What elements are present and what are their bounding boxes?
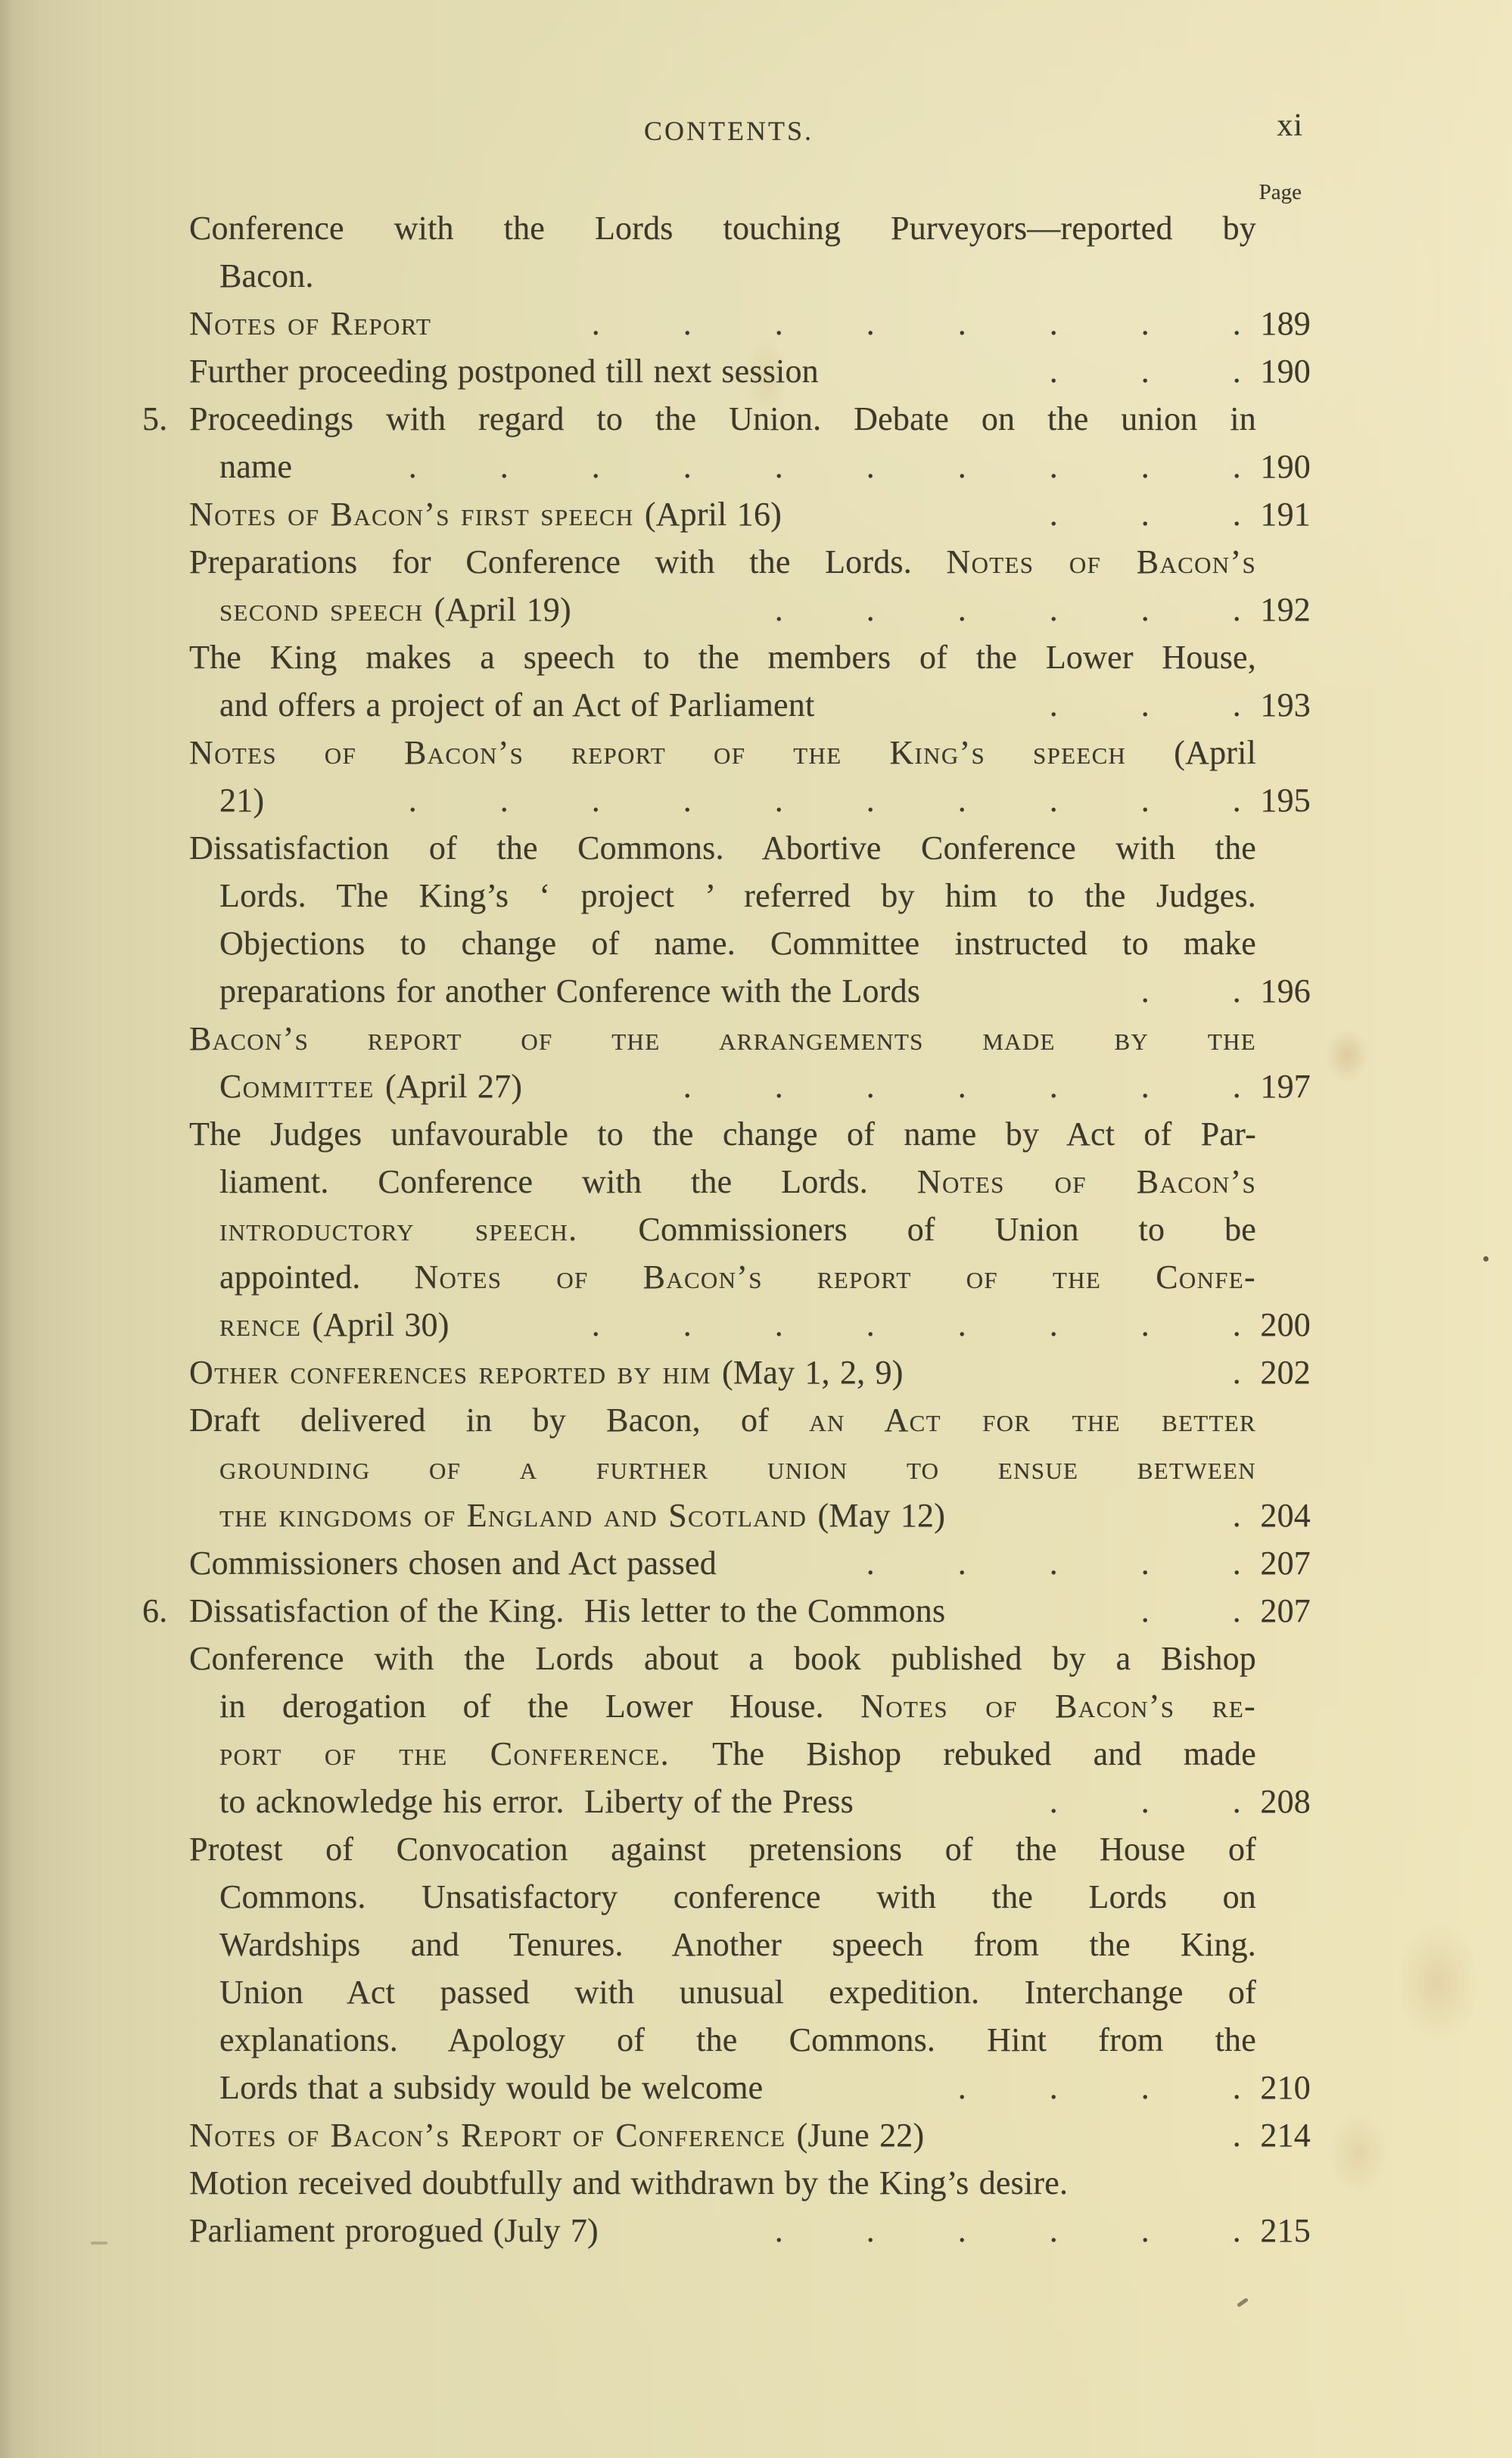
leader-dot: . [783, 1063, 875, 1110]
leader-dot: . [966, 586, 1058, 633]
entry-text: Objections to change of name. Committee … [219, 925, 1256, 962]
paper-stain [1396, 1922, 1479, 2043]
entry-text: Dissatisfaction of the King. His letter … [189, 1587, 945, 1635]
text-segment: (June 22) [797, 2117, 925, 2154]
toc-line: appointed. Notes of Bacon’s report of th… [189, 1253, 1256, 1301]
entry-text: rence (April 30) [219, 1301, 450, 1349]
entry-text: Lords that a subsidy would be welcome [219, 2064, 763, 2111]
toc-line: Draft delivered in by Bacon, of an Act f… [189, 1396, 1256, 1444]
toc-line: Lords. The King’s ‘ project ’ referred b… [189, 872, 1256, 919]
entry-text: Bacon. [219, 257, 314, 294]
dot-leader: ...... [571, 586, 1241, 633]
smallcaps-segment: introductory speech. [219, 1211, 638, 1248]
page-number: 208 [1253, 1778, 1311, 1825]
book-page: CONTENTS. xi Page Conference with the Lo… [0, 0, 1512, 2458]
entry-text: Other conferences reported by him (May 1… [189, 1349, 904, 1396]
leader-dot: . [600, 443, 692, 490]
page-number: 215 [1253, 2207, 1311, 2254]
dot-leader: ... [854, 1778, 1241, 1825]
leader-dot: . [1150, 586, 1241, 633]
toc-line: Parliament prorogued (July 7)......215 [189, 2207, 1311, 2254]
leader-dot: . [1150, 1778, 1241, 1825]
leader-dot: . [966, 776, 1058, 824]
text-segment: Lords. The King’s ‘ project ’ referred b… [219, 877, 1256, 914]
toc-line: Dissatisfaction of the Commons. Abortive… [189, 824, 1256, 872]
text-segment: (April 19) [434, 591, 571, 628]
toc-line: Bacon. [189, 252, 1311, 300]
toc-line: Conference with the Lords about a book p… [189, 1635, 1256, 1682]
text-segment: preparations for another Conference with… [219, 972, 920, 1010]
text-segment: Commissioners chosen and Act passed [189, 1545, 717, 1582]
toc-line: Bacon’s report of the arrangements made … [189, 1015, 1256, 1063]
dot-leader: .......... [292, 443, 1241, 490]
leader-dot: . [1150, 681, 1241, 729]
paper-stain [1328, 2111, 1389, 2195]
page-number: 202 [1253, 1349, 1311, 1396]
leader-dot: . [509, 1301, 600, 1349]
entry-text: The King makes a speech to the members o… [189, 639, 1256, 676]
text-segment: (April [1174, 734, 1256, 771]
toc-line: The King makes a speech to the members o… [189, 633, 1256, 681]
leader-dot: . [966, 347, 1058, 395]
leader-dot: . [1058, 1778, 1150, 1825]
smallcaps-segment: Notes of Report [189, 305, 431, 342]
leader-dot: . [417, 443, 509, 490]
page-number: 191 [1253, 490, 1311, 538]
toc-line: to acknowledge his error. Liberty of the… [189, 1778, 1311, 1825]
text-segment: Commons. Unsatisfactory conference with … [219, 1878, 1256, 1915]
page-number: 207 [1253, 1539, 1311, 1587]
page-number: 190 [1253, 443, 1311, 490]
entry-text: Parliament prorogued (July 7) [189, 2207, 599, 2254]
leader-dot: . [966, 1063, 1058, 1110]
dot-leader: . [924, 2111, 1241, 2159]
text-segment: Dissatisfaction of the King. His letter … [189, 1592, 945, 1629]
dot-leader: . [945, 1492, 1241, 1539]
page-number: 190 [1253, 347, 1311, 395]
leader-dot: . [875, 1539, 966, 1587]
entry-text: grounding of a further union to ensue be… [219, 1449, 1256, 1486]
toc-line: 5.Proceedings with regard to the Union. … [189, 395, 1256, 443]
page-title: CONTENTS. [644, 115, 814, 147]
entry-text: Bacon’s report of the arrangements made … [189, 1020, 1256, 1057]
leader-dot: . [600, 1301, 692, 1349]
toc-line: Union Act passed with unusual expedition… [189, 1968, 1256, 2016]
text-segment: Bacon. [219, 257, 314, 294]
page-number: 210 [1253, 2064, 1311, 2111]
text-segment: Union Act passed with unusual expedition… [219, 1974, 1256, 2011]
toc-line: Commissioners chosen and Act passed.....… [189, 1539, 1311, 1587]
leader-dot: . [417, 776, 509, 824]
text-segment: (May 12) [818, 1497, 946, 1534]
toc-line: liament. Conference with the Lords. Note… [189, 1158, 1256, 1206]
entry-text: appointed. Notes of Bacon’s report of th… [219, 1259, 1256, 1296]
toc-line: introductory speech. Commissioners of Un… [189, 1206, 1256, 1253]
page-number: 192 [1253, 586, 1311, 633]
entry-text: Committee (April 27) [219, 1063, 522, 1110]
leader-dot: . [1058, 2064, 1150, 2111]
leader-dot: . [1058, 776, 1150, 824]
text-segment: Proceedings with regard to the Union. De… [189, 400, 1256, 437]
leader-dot: . [692, 300, 783, 347]
dot-leader: ... [814, 681, 1241, 729]
leader-dot: . [1150, 1063, 1241, 1110]
leader-dot: . [966, 300, 1058, 347]
leader-dot: . [875, 300, 966, 347]
leader-dot: . [1058, 1063, 1150, 1110]
leader-dot: . [966, 1301, 1058, 1349]
entry-text: Lords. The King’s ‘ project ’ referred b… [219, 877, 1256, 914]
leader-dot: . [692, 1301, 783, 1349]
dot-leader: .... [763, 2064, 1241, 2111]
text-segment: (April 27) [385, 1068, 522, 1105]
leader-dot: . [1058, 2207, 1150, 2254]
leader-dot: . [966, 490, 1058, 538]
text-segment: The Bishop rebuked and made [712, 1735, 1256, 1772]
entry-text: introductory speech. Commissioners of Un… [219, 1211, 1256, 1248]
toc-line: 6.Dissatisfaction of the King. His lette… [189, 1587, 1311, 1635]
entry-text: 21) [219, 776, 264, 824]
text-segment: liament. Conference with the Lords. [219, 1163, 917, 1200]
text-segment: (May 1, 2, 9) [722, 1354, 904, 1391]
dot-leader: ...... [599, 2207, 1241, 2254]
entry-text: second speech (April 19) [219, 586, 571, 633]
page-number: 195 [1253, 776, 1311, 824]
entry-text: Commons. Unsatisfactory conference with … [219, 1878, 1256, 1915]
entry-text: Union Act passed with unusual expedition… [219, 1974, 1256, 2011]
dot-leader: ........ [431, 300, 1241, 347]
toc-line: Motion received doubtfully and withdrawn… [189, 2159, 1311, 2207]
leader-dot: . [1058, 1587, 1150, 1635]
leader-dot: . [966, 443, 1058, 490]
toc-line: in derogation of the Lower House. Notes … [189, 1682, 1256, 1730]
text-segment: appointed. [219, 1259, 414, 1296]
smallcaps-segment: second speech [219, 591, 434, 628]
page-number: 207 [1253, 1587, 1311, 1635]
leader-dot: . [509, 300, 600, 347]
smallcaps-segment: Notes of Bacon’s [947, 543, 1256, 580]
toc-line: rence (April 30)........200 [189, 1301, 1311, 1349]
leader-dot: . [1150, 1492, 1241, 1539]
leader-dot: . [875, 776, 966, 824]
toc-line: Notes of Report........189 [189, 300, 1311, 347]
text-segment: Further proceeding postponed till next s… [189, 353, 819, 390]
smallcaps-segment: rence [219, 1306, 312, 1343]
leader-dot: . [692, 443, 783, 490]
dot-leader: . [904, 1349, 1241, 1396]
text-segment: to acknowledge his error. Liberty of the… [219, 1783, 854, 1820]
dot-leader: .. [945, 1587, 1241, 1635]
text-segment: and offers a project of an Act of Parlia… [219, 686, 814, 723]
dot-leader: ... [782, 490, 1241, 538]
leader-dot: . [692, 776, 783, 824]
leader-dot: . [875, 586, 966, 633]
dot-leader: .......... [264, 776, 1241, 824]
toc-line: second speech (April 19)......192 [189, 586, 1311, 633]
smallcaps-segment: port of the Conference. [219, 1735, 712, 1772]
text-segment: Commissioners of Union to be [638, 1211, 1256, 1248]
entry-text: Preparations for Conference with the Lor… [189, 543, 1256, 580]
leader-dot: . [966, 2064, 1058, 2111]
smallcaps-segment: Notes of Bacon’s re- [860, 1688, 1256, 1725]
leader-dot: . [600, 776, 692, 824]
toc-line: Lords that a subsidy would be welcome...… [189, 2064, 1311, 2111]
text-segment: Protest of Convocation against pretensio… [189, 1831, 1256, 1868]
toc-line: Objections to change of name. Committee … [189, 919, 1256, 967]
text-segment: Objections to change of name. Committee … [219, 925, 1256, 962]
leader-dot: . [1058, 1539, 1150, 1587]
paper-speck [1483, 1256, 1489, 1262]
text-segment: Motion received doubtfully and withdrawn… [189, 2164, 1068, 2201]
text-segment: name [219, 448, 292, 485]
leader-dot: . [966, 681, 1058, 729]
toc-line: explanations. Apology of the Commons. Hi… [189, 2016, 1256, 2064]
text-segment: (April 30) [312, 1306, 449, 1343]
leader-dot: . [783, 776, 875, 824]
leader-dot: . [692, 1063, 783, 1110]
page-number: 200 [1253, 1301, 1311, 1349]
dot-leader: ........ [450, 1301, 1241, 1349]
text-segment: Lords that a subsidy would be welcome [219, 2069, 763, 2106]
leader-dot: . [1150, 490, 1241, 538]
toc-line: 21)..........195 [189, 776, 1311, 824]
leader-dot: . [509, 443, 600, 490]
leader-dot: . [1150, 967, 1241, 1015]
entry-text: name [219, 443, 292, 490]
smallcaps-segment: Notes of Bacon’s first speech [189, 496, 645, 533]
toc-line: and offers a project of an Act of Parlia… [189, 681, 1311, 729]
page-number: 189 [1253, 300, 1311, 347]
leader-dot: . [1058, 347, 1150, 395]
page-number: 196 [1253, 967, 1311, 1015]
entry-text: The Judges unfavourable to the change of… [189, 1115, 1256, 1153]
entry-number: 6. [142, 1587, 167, 1635]
leader-dot: . [1058, 1301, 1150, 1349]
leader-dot: . [783, 586, 875, 633]
entry-text: Dissatisfaction of the Commons. Abortive… [189, 829, 1256, 867]
entry-text: port of the Conference. The Bishop rebuk… [219, 1735, 1256, 1772]
toc-body: Conference with the Lords touching Purve… [0, 204, 1311, 2254]
text-segment: Parliament prorogued (July 7) [189, 2212, 599, 2249]
text-segment: Conference with the Lords touching Purve… [189, 210, 1256, 247]
leader-dot: . [692, 586, 783, 633]
text-segment: Draft delivered in by Bacon, of [189, 1402, 809, 1439]
text-segment: The Judges unfavourable to the change of… [189, 1115, 1256, 1153]
toc-line: grounding of a further union to ensue be… [189, 1444, 1256, 1492]
dot-leader: .. [920, 967, 1241, 1015]
paper-speck [1237, 2298, 1249, 2307]
leader-dot: . [509, 776, 600, 824]
entry-text: to acknowledge his error. Liberty of the… [219, 1778, 854, 1825]
entry-number: 5. [142, 395, 167, 443]
leader-dot: . [875, 2207, 966, 2254]
toc-line: preparations for another Conference with… [189, 967, 1311, 1015]
text-segment: The King makes a speech to the members o… [189, 639, 1256, 676]
page-number: 193 [1253, 681, 1311, 729]
leader-dot: . [1150, 2111, 1241, 2159]
entry-text: Motion received doubtfully and withdrawn… [189, 2164, 1068, 2201]
toc-line: Other conferences reported by him (May 1… [189, 1349, 1311, 1396]
dot-leader: ....... [522, 1063, 1241, 1110]
toc-line: Notes of Bacon’s Report of Conference (J… [189, 2111, 1311, 2159]
leader-dot: . [692, 2207, 783, 2254]
smallcaps-segment: the kingdoms of England and Scotland [219, 1497, 818, 1534]
leader-dot: . [600, 1063, 692, 1110]
text-segment: Preparations for Conference with the Lor… [189, 543, 947, 580]
leader-dot: . [600, 300, 692, 347]
leader-dot: . [783, 443, 875, 490]
entry-text: Commissioners chosen and Act passed [189, 1539, 717, 1587]
leader-dot: . [966, 1778, 1058, 1825]
text-segment: Wardships and Tenures. Another speech fr… [219, 1926, 1256, 1963]
text-segment: in derogation of the Lower House. [219, 1688, 860, 1725]
smallcaps-segment: Notes of Bacon’s report of the Confe- [414, 1259, 1256, 1296]
leader-dot: . [783, 1539, 875, 1587]
entry-text: Notes of Bacon’s first speech (April 16) [189, 490, 782, 538]
leader-dot: . [1150, 776, 1241, 824]
leader-dot: . [1150, 1349, 1241, 1396]
entry-text: the kingdoms of England and Scotland (Ma… [219, 1492, 945, 1539]
toc-line: port of the Conference. The Bishop rebuk… [189, 1730, 1256, 1778]
leader-dot: . [966, 2207, 1058, 2254]
page-number: 204 [1253, 1492, 1311, 1539]
entry-text: Conference with the Lords about a book p… [189, 1640, 1256, 1677]
text-segment: (April 16) [645, 496, 782, 533]
entry-text: liament. Conference with the Lords. Note… [219, 1163, 1256, 1200]
entry-text: and offers a project of an Act of Parlia… [219, 681, 814, 729]
leader-dot: . [1150, 1301, 1241, 1349]
page-number: 214 [1253, 2111, 1311, 2159]
toc-line: Wardships and Tenures. Another speech fr… [189, 1921, 1256, 1968]
leader-dot: . [1058, 300, 1150, 347]
entry-text: preparations for another Conference with… [219, 967, 920, 1015]
toc-line: Preparations for Conference with the Lor… [189, 538, 1256, 586]
toc-line: Notes of Bacon’s report of the King’s sp… [189, 729, 1256, 776]
leader-dot: . [1058, 586, 1150, 633]
leader-dot: . [966, 1539, 1058, 1587]
toc-line: the kingdoms of England and Scotland (Ma… [189, 1492, 1311, 1539]
toc-line: Conference with the Lords touching Purve… [189, 204, 1256, 252]
leader-dot: . [1058, 681, 1150, 729]
text-segment: 21) [219, 782, 264, 819]
toc-line: Notes of Bacon’s first speech (April 16)… [189, 490, 1311, 538]
toc-line: Further proceeding postponed till next s… [189, 347, 1311, 395]
leader-dot: . [783, 1301, 875, 1349]
text-segment: Dissatisfaction of the Commons. Abortive… [189, 829, 1256, 867]
entry-text: Protest of Convocation against pretensio… [189, 1831, 1256, 1868]
dot-leader: ... [819, 347, 1241, 395]
leader-dot: . [325, 443, 417, 490]
toc-line: name..........190 [189, 443, 1311, 490]
entry-text: Notes of Bacon’s report of the King’s sp… [189, 734, 1256, 771]
smallcaps-segment: grounding of a further union to ensue be… [219, 1449, 1256, 1486]
smallcaps-segment: Bacon’s report of the arrangements made … [189, 1020, 1256, 1057]
smallcaps-segment: Notes of Bacon’s [917, 1163, 1256, 1200]
leader-dot: . [1150, 300, 1241, 347]
leader-dot: . [875, 1301, 966, 1349]
page-column-label: Page [1259, 180, 1302, 205]
leader-dot: . [783, 2207, 875, 2254]
leader-dot: . [325, 776, 417, 824]
leader-dot: . [1058, 967, 1150, 1015]
leader-dot: . [1150, 1587, 1241, 1635]
smallcaps-segment: Notes of Bacon’s report of the King’s sp… [189, 734, 1174, 771]
leader-dot: . [1150, 443, 1241, 490]
leader-dot: . [783, 300, 875, 347]
smallcaps-segment: Committee [219, 1068, 385, 1105]
entry-text: Notes of Bacon’s Report of Conference (J… [189, 2111, 924, 2159]
paper-stain [1324, 1029, 1370, 1082]
leader-dot: . [1150, 2207, 1241, 2254]
leader-dot: . [875, 443, 966, 490]
smallcaps-segment: Other conferences reported by him [189, 1354, 722, 1391]
leader-dot: . [875, 2064, 966, 2111]
folio-number: xi [1277, 107, 1303, 144]
entry-text: Further proceeding postponed till next s… [189, 347, 819, 395]
entry-text: Conference with the Lords touching Purve… [189, 210, 1256, 247]
toc-line: Protest of Convocation against pretensio… [189, 1825, 1256, 1873]
leader-dot: . [1058, 443, 1150, 490]
entry-text: explanations. Apology of the Commons. Hi… [219, 2021, 1256, 2058]
entry-text: in derogation of the Lower House. Notes … [219, 1688, 1256, 1725]
leader-dot: . [1058, 490, 1150, 538]
entry-text: Proceedings with regard to the Union. De… [189, 400, 1256, 437]
leader-dot: . [1150, 347, 1241, 395]
leader-dot: . [1150, 2064, 1241, 2111]
page-number: 197 [1253, 1063, 1311, 1110]
smallcaps-segment: an Act for the better [809, 1402, 1256, 1439]
smallcaps-segment: Notes of Bacon’s Report of Conference [189, 2117, 797, 2154]
toc-line: The Judges unfavourable to the change of… [189, 1110, 1256, 1158]
toc-line: Committee (April 27).......197 [189, 1063, 1311, 1110]
leader-dot: . [1150, 1539, 1241, 1587]
text-segment: Conference with the Lords about a book p… [189, 1640, 1256, 1677]
toc-line: Commons. Unsatisfactory conference with … [189, 1873, 1256, 1921]
leader-dot: . [875, 1063, 966, 1110]
text-segment: explanations. Apology of the Commons. Hi… [219, 2021, 1256, 2058]
entry-text: Wardships and Tenures. Another speech fr… [219, 1926, 1256, 1963]
dot-leader: ..... [717, 1539, 1241, 1587]
entry-text: Draft delivered in by Bacon, of an Act f… [189, 1402, 1256, 1439]
entry-text: Notes of Report [189, 300, 431, 347]
